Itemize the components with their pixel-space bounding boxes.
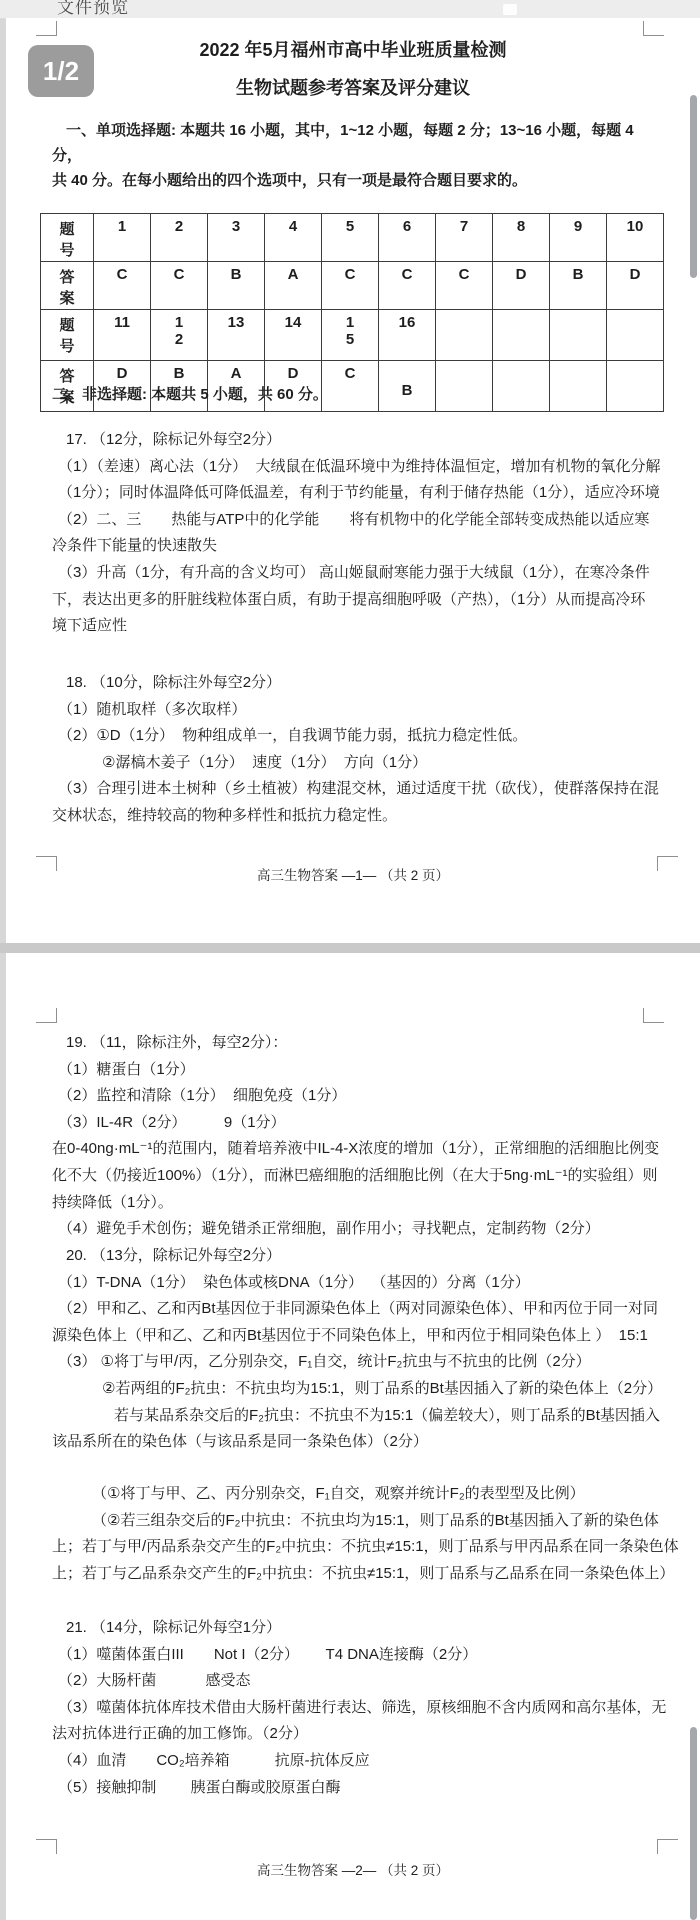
crop-mark-icon bbox=[36, 1008, 57, 1023]
doc-line: （4）避免手术创伤；避免错杀正常细胞，副作用小；寻找靶点，定制药物（2分） bbox=[52, 1216, 672, 1243]
doc-line: 下，表达出更多的肝脏线粒体蛋白质，有助于提高细胞呼吸（产热），（1分）从而提高冷… bbox=[52, 587, 672, 614]
doc-line: ②若两组的F₂抗虫：不抗虫均为15:1，则丁品系的Bt基因插入了新的染色体上（2… bbox=[52, 1376, 672, 1403]
doc-line: 境下适应性 bbox=[52, 613, 672, 640]
doc-line: 21. （14分，除标记外每空1分） bbox=[52, 1615, 672, 1642]
table-cell: 9 bbox=[550, 214, 607, 262]
doc-line: 交林状态，维持较高的物种多样性和抵抗力稳定性。 bbox=[52, 803, 672, 830]
titlebar-title: 文件预览 bbox=[57, 0, 129, 18]
question-21-answers: 21. （14分，除标记外每空1分）（1）噬菌体蛋白III Not I（2分） … bbox=[52, 1615, 672, 1801]
page-footer: 高三生物答案 —1— （共 2 页） bbox=[6, 864, 700, 884]
table-cell bbox=[436, 310, 493, 361]
doc-line: （2）甲和乙、乙和丙Bt基因位于非同源染色体上（两对同源染色体）、甲和丙位于同一… bbox=[52, 1296, 672, 1323]
doc-line: （3） ①将丁与甲/丙，乙分别杂交，F₁自交，统计F₂抗虫与不抗虫的比例（2分） bbox=[52, 1349, 672, 1376]
document-title-line2: 生物试题参考答案及评分建议 bbox=[6, 75, 700, 101]
table-cell: B bbox=[208, 262, 265, 310]
doc-line: （3）IL-4R（2分） 9（1分） bbox=[52, 1110, 672, 1137]
doc-line: 该品系所在的染色体（与该品系是同一条染色体）（2分） bbox=[52, 1429, 672, 1456]
doc-line: 持续降低（1分）。 bbox=[52, 1190, 672, 1217]
doc-line: （2）监控和清除（1分） 细胞免疫（1分） bbox=[52, 1083, 672, 1110]
table-row-label: 题 号 bbox=[41, 310, 94, 361]
doc-line: 分， bbox=[52, 143, 672, 168]
table-cell: 13 bbox=[208, 310, 265, 361]
table-cell bbox=[493, 310, 550, 361]
doc-line: （1）噬菌体蛋白III Not I（2分） T4 DNA连接酶（2分） bbox=[52, 1642, 672, 1669]
table-cell: C bbox=[436, 262, 493, 310]
doc-line: （1分）；同时体温降低可降低温差，有利于节约能量，有利于储存热能（1分），适应冷… bbox=[52, 480, 672, 507]
table-cell: 1 2 bbox=[151, 310, 208, 361]
table-cell bbox=[493, 361, 550, 412]
scrollbar-thumb[interactable] bbox=[690, 95, 697, 278]
doc-line: （①将丁与甲、乙、丙分别杂交，F₁自交，观察并统计F₂的表型型及比例） bbox=[52, 1481, 672, 1508]
section1-instructions: 一、单项选择题: 本题共 16 小题，其中，1~12 小题，每题 2 分；13~… bbox=[52, 118, 672, 193]
doc-line: 上；若丁与乙品系杂交产生的F₂中抗虫：不抗虫≠15:1，则丁品系与乙品系在同一条… bbox=[52, 1561, 672, 1588]
question-20-alternative-answers: （①将丁与甲、乙、丙分别杂交，F₁自交，观察并统计F₂的表型型及比例）（②若三组… bbox=[52, 1481, 672, 1587]
doc-line: （4）血清 CO₂培养箱 抗原-抗体反应 bbox=[52, 1748, 672, 1775]
doc-line: （1）糖蛋白（1分） bbox=[52, 1057, 672, 1084]
doc-line: （3）合理引进本土树种（乡土植被）构建混交林，通过适度干扰（砍伐），使群落保持在… bbox=[52, 776, 672, 803]
question-19-answers: 19. （11，除标注外，每空2分）：（1）糖蛋白（1分）（2）监控和清除（1分… bbox=[52, 1030, 672, 1243]
table-cell: 16 bbox=[379, 310, 436, 361]
file-preview-titlebar: 文件预览 bbox=[0, 0, 700, 19]
table-cell: 11 bbox=[94, 310, 151, 361]
titlebar-icon bbox=[503, 4, 517, 15]
doc-line: （5）接触抑制 胰蛋白酶或胶原蛋白酶 bbox=[52, 1775, 672, 1802]
section2-heading: 二、非选择题: 本题共 5 小题，共 60 分。 bbox=[52, 382, 328, 408]
scrollbar-thumb[interactable] bbox=[690, 1727, 697, 1920]
question-17-answers: 17. （12分，除标记外每空2分）（1）（差速）离心法（1分） 大绒鼠在低温环… bbox=[52, 427, 672, 640]
table-cell: 2 bbox=[151, 214, 208, 262]
document-title-line1: 2022 年5月福州市高中毕业班质量检测 bbox=[6, 37, 700, 63]
doc-line: （1）（差速）离心法（1分） 大绒鼠在低温环境中为维持体温恒定，增加有机物的氧化… bbox=[52, 454, 672, 481]
table-cell: C bbox=[322, 262, 379, 310]
doc-line: 18. （10分，除标注外每空2分） bbox=[52, 670, 672, 697]
doc-line: （3）噬菌体抗体库技术借由大肠杆菌进行表达、筛选，原核细胞不含内质网和高尔基体，… bbox=[52, 1695, 672, 1722]
doc-line: （1）T-DNA（1分） 染色体或核DNA（1分） （基因的）分离（1分） bbox=[52, 1270, 672, 1297]
page-footer: 高三生物答案 —2— （共 2 页） bbox=[6, 1859, 700, 1879]
table-cell: 1 5 bbox=[322, 310, 379, 361]
crop-mark-icon bbox=[657, 1839, 678, 1854]
table-cell bbox=[607, 310, 664, 361]
table-cell: C bbox=[151, 262, 208, 310]
crop-mark-icon bbox=[36, 1839, 57, 1854]
question-20-answers: 20. （13分，除标记外每空2分）（1）T-DNA（1分） 染色体或核DNA（… bbox=[52, 1243, 672, 1456]
doc-line: 在0-40ng·mL⁻¹的范围内，随着培养液中IL-4-X浓度的增加（1分），正… bbox=[52, 1136, 672, 1163]
doc-line: 一、单项选择题: 本题共 16 小题，其中，1~12 小题，每题 2 分；13~… bbox=[52, 118, 672, 143]
table-cell: B bbox=[379, 361, 436, 412]
doc-line: 化不大（仍接近100%）（1分），而淋巴癌细胞的活细胞比例（在大于5ng·mL⁻… bbox=[52, 1163, 672, 1190]
table-cell: 1 bbox=[94, 214, 151, 262]
page-separator bbox=[0, 943, 700, 953]
doc-line: 19. （11，除标注外，每空2分）： bbox=[52, 1030, 672, 1057]
doc-line: 上；若丁与甲/丙品系杂交产生的F₂中抗虫：不抗虫≠15:1，则丁品系与甲丙品系在… bbox=[52, 1534, 672, 1561]
question-18-answers: 18. （10分，除标注外每空2分）（1）随机取样（多次取样）（2）①D（1分）… bbox=[52, 670, 672, 830]
table-cell: 5 bbox=[322, 214, 379, 262]
table-cell: 3 bbox=[208, 214, 265, 262]
table-cell bbox=[550, 361, 607, 412]
doc-line: （2）①D（1分） 物种组成单一，自我调节能力弱，抵抗力稳定性低。 bbox=[52, 723, 672, 750]
table-cell: 8 bbox=[493, 214, 550, 262]
table-cell: 14 bbox=[265, 310, 322, 361]
table-cell: 4 bbox=[265, 214, 322, 262]
table-cell: D bbox=[607, 262, 664, 310]
table-cell: C bbox=[94, 262, 151, 310]
document-page-2: 19. （11，除标注外，每空2分）：（1）糖蛋白（1分）（2）监控和清除（1分… bbox=[6, 953, 700, 1920]
doc-line: 17. （12分，除标记外每空2分） bbox=[52, 427, 672, 454]
table-cell bbox=[607, 361, 664, 412]
doc-line: 冷条件下能量的快速散失 bbox=[52, 533, 672, 560]
table-cell: 7 bbox=[436, 214, 493, 262]
table-cell: 6 bbox=[379, 214, 436, 262]
table-row-label: 题 号 bbox=[41, 214, 94, 262]
table-cell bbox=[550, 310, 607, 361]
doc-line: 若与某品系杂交后的F₂抗虫：不抗虫不为15:1（偏差较大），则丁品系的Bt基因插… bbox=[52, 1403, 672, 1430]
crop-mark-icon bbox=[643, 21, 664, 36]
table-cell: D bbox=[493, 262, 550, 310]
crop-mark-icon bbox=[643, 1008, 664, 1023]
table-cell: C bbox=[322, 361, 379, 412]
doc-line: （1）随机取样（多次取样） bbox=[52, 697, 672, 724]
doc-line: ②潺槁木姜子（1分） 速度（1分） 方向（1分） bbox=[52, 750, 672, 777]
table-cell: 10 bbox=[607, 214, 664, 262]
table-row-label: 答 案 bbox=[41, 262, 94, 310]
doc-line: （②若三组杂交后的F₂中抗虫：不抗虫均为15:1，则丁品系的Bt基因插入了新的染… bbox=[52, 1508, 672, 1535]
table-cell: B bbox=[550, 262, 607, 310]
doc-line: （2）二、三 热能与ATP中的化学能 将有机物中的化学能全部转变成热能以适应寒 bbox=[52, 507, 672, 534]
table-cell: C bbox=[379, 262, 436, 310]
table-cell bbox=[436, 361, 493, 412]
document-page-1: 1/2 2022 年5月福州市高中毕业班质量检测 生物试题参考答案及评分建议 一… bbox=[6, 18, 700, 943]
doc-line: （2）大肠杆菌 感受态 bbox=[52, 1668, 672, 1695]
doc-line: 法对抗体进行正确的加工修饰。（2分） bbox=[52, 1721, 672, 1748]
doc-line: 20. （13分，除标记外每空2分） bbox=[52, 1243, 672, 1270]
doc-line: 源染色体上（甲和乙、乙和丙Bt基因位于不同染色体上，甲和丙位于相同染色体上 ） … bbox=[52, 1323, 672, 1350]
doc-line: （3）升高（1分，有升高的含义均可） 高山姬鼠耐寒能力强于大绒鼠（1分），在寒冷… bbox=[52, 560, 672, 587]
doc-line: 共 40 分。在每小题给出的四个选项中，只有一项是最符合题目要求的。 bbox=[52, 168, 672, 193]
table-cell: A bbox=[265, 262, 322, 310]
crop-mark-icon bbox=[36, 21, 57, 36]
